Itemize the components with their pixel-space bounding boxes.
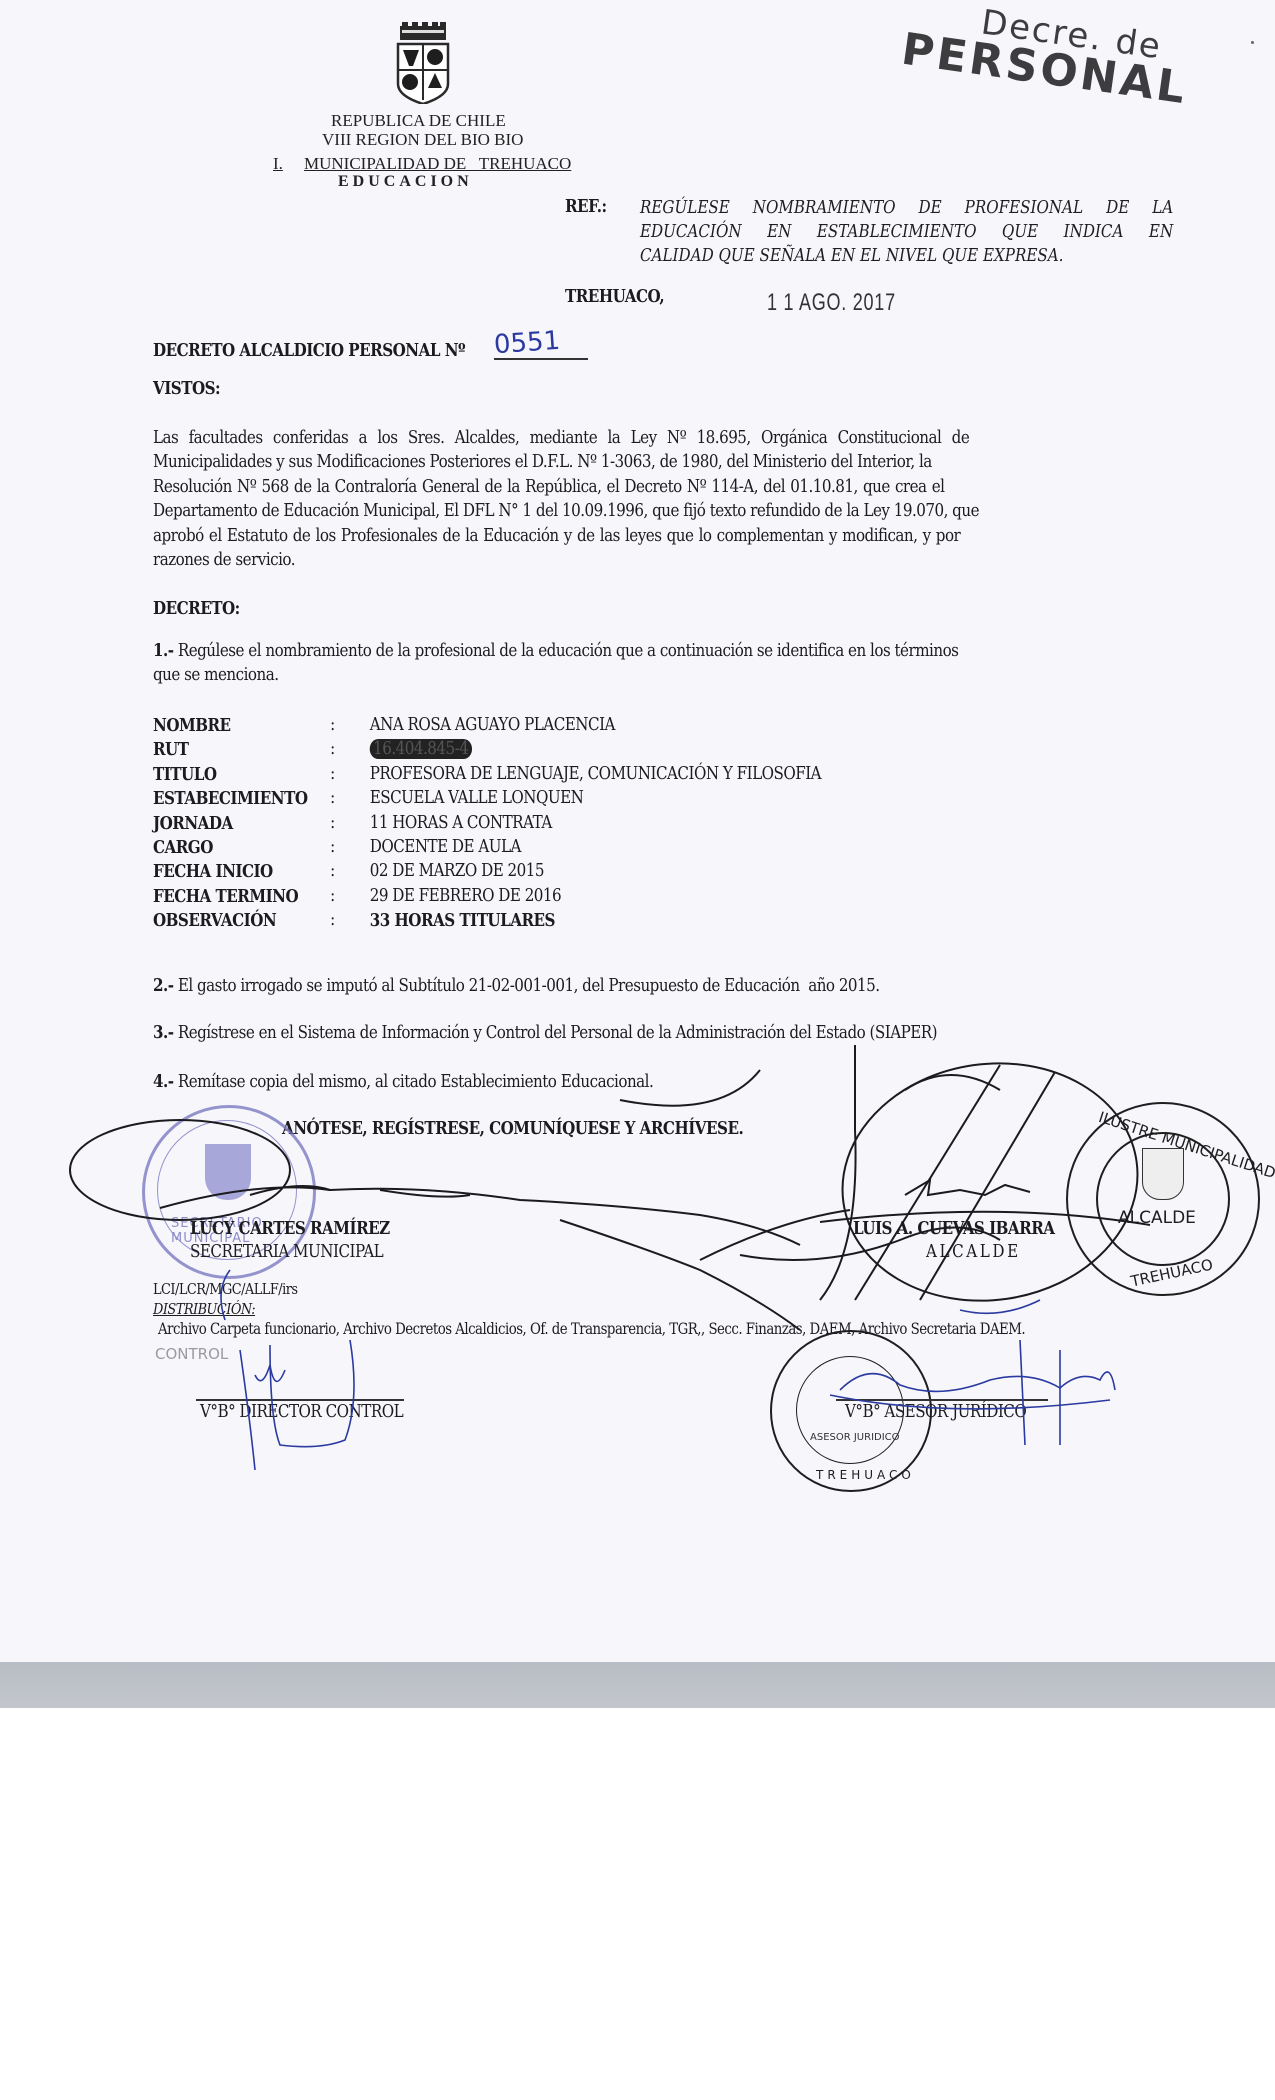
decreto-item-3: 3.- Regístrese en el Sistema de Informac… (153, 1022, 937, 1043)
detail-colon: : (330, 861, 335, 881)
detail-value: 33 HORAS TITULARES (370, 910, 555, 931)
item-number: 2.- (153, 975, 174, 996)
detail-label: FECHA TERMINO (153, 886, 298, 907)
ref-line-2: EDUCACIÓN EN ESTABLECIMIENTO QUE INDICA … (640, 220, 1173, 244)
detail-value: ESCUELA VALLE LONQUEN (370, 788, 584, 808)
item-text: Remítase copia del mismo, al citado Esta… (174, 1072, 654, 1092)
detail-value: DOCENTE DE AULA (370, 837, 521, 857)
closing-formula: ANÓTESE, REGÍSTRESE, COMUNÍQUESE Y ARCHÍ… (282, 1118, 743, 1139)
distribution-list: Archivo Carpeta funcionario, Archivo Dec… (158, 1320, 1025, 1338)
detail-colon: : (330, 715, 335, 735)
ref-line-1: REGÚLESE NOMBRAMIENTO DE PROFESIONAL DE … (640, 196, 1173, 220)
header-department: EDUCACION (338, 173, 473, 191)
speck (1251, 41, 1254, 44)
header-municipality: MUNICIPALIDAD DE TREHUACO (304, 154, 571, 174)
detail-value: 16.404.845-4 (370, 739, 472, 759)
header-country: REPUBLICA DE CHILE (331, 111, 506, 131)
legal-approval: V°B° ASESOR JURÍDICO (845, 1402, 1026, 1422)
decree-number: 0551 (493, 326, 561, 361)
detail-label: TITULO (153, 764, 217, 785)
ref-label: REF.: (565, 196, 607, 217)
detail-colon: : (330, 788, 335, 808)
coat-of-arms-icon (392, 22, 454, 104)
legal-signature-line (836, 1399, 1048, 1401)
document-page: REPUBLICA DE CHILE VIII REGION DEL BIO B… (0, 0, 1275, 1662)
mayor-name: LUIS A. CUEVAS IBARRA (853, 1218, 1054, 1239)
detail-label: NOMBRE (153, 715, 231, 736)
secretary-title: SECRETARIA MUNICIPAL (190, 1242, 383, 1262)
mayor-title: ALCALDE (926, 1242, 1021, 1262)
detail-label: RUT (153, 739, 188, 760)
detail-value: 02 DE MARZO DE 2015 (370, 861, 544, 881)
detail-colon: : (330, 764, 335, 784)
decree-title: DECRETO ALCALDICIO PERSONAL Nº (153, 340, 465, 361)
detail-label: ESTABECIMIENTO (153, 788, 307, 809)
vistos-line: Las facultades conferidas a los Sres. Al… (153, 426, 1185, 450)
decree-number-underline (494, 358, 588, 360)
item1-line1: Regúlese el nombramiento de la profesion… (174, 641, 959, 661)
control-stamp-text: CONTROL (155, 1345, 228, 1363)
vistos-body: Las facultades conferidas a los Sres. Al… (153, 426, 1185, 572)
detail-value: 29 DE FEBRERO DE 2016 (370, 886, 561, 906)
detail-label: FECHA INICIO (153, 861, 273, 882)
detail-colon: : (330, 837, 335, 857)
mayor-stamp: ALCALDE TREHUACO ILUSTRE MUNICIPALIDAD (1066, 1102, 1260, 1296)
detail-colon: : (330, 910, 335, 930)
stamp-decre-personal: Decre. de PERSONAL (899, 0, 1195, 107)
decreto-heading: DECRETO: (153, 598, 240, 619)
decreto-item-1: 1.- Regúlese el nombramiento de la profe… (153, 639, 958, 687)
ref-line-3: CALIDAD QUE SEÑALA EN EL NIVEL QUE EXPRE… (640, 244, 1173, 268)
vistos-line: razones de servicio. (153, 548, 1185, 572)
legal-stamp-center: ASESOR JURIDICO (810, 1432, 900, 1443)
secretary-name: LUCY CARTES RAMÍREZ (190, 1218, 390, 1239)
distribution-heading: DISTRIBUCIÓN: (153, 1300, 255, 1318)
decreto-item-4: 4.- Remítase copia del mismo, al citado … (153, 1071, 653, 1092)
decreto-item-2: 2.- El gasto irrogado se imputó al Subtí… (153, 975, 880, 996)
detail-value: 11 HORAS A CONTRATA (370, 813, 552, 833)
detail-colon: : (330, 739, 335, 759)
date-stamp: 1 1 AGO. 2017 (767, 289, 896, 317)
detail-label: JORNADA (153, 813, 233, 834)
scan-page-edge (0, 1662, 1275, 1708)
detail-value: ANA ROSA AGUAYO PLACENCIA (370, 715, 615, 735)
detail-colon: : (330, 886, 335, 906)
place: TREHUACO, (565, 286, 664, 307)
vistos-heading: VISTOS: (153, 378, 220, 399)
control-approval: V°B° DIRECTOR CONTROL (200, 1402, 403, 1422)
item-number: 3.- (153, 1022, 174, 1043)
header-region: VIII REGION DEL BIO BIO (322, 130, 523, 150)
detail-value: PROFESORA DE LENGUAJE, COMUNICACIÓN Y FI… (370, 764, 821, 784)
vistos-line: aprobó el Estatuto de los Profesionales … (153, 524, 1185, 548)
initials: LCI/LCR/MGC/ALLF/irs (153, 1280, 297, 1298)
vistos-line: Resolución Nº 568 de la Contraloría Gene… (153, 475, 1185, 499)
legal-stamp-bottom: TREHUACO (816, 1468, 915, 1482)
item-text: Regístrese en el Sistema de Información … (174, 1023, 938, 1043)
vistos-line: Municipalidades y sus Modificaciones Pos… (153, 450, 1185, 474)
item1-line2: que se menciona. (153, 665, 279, 685)
detail-label: OBSERVACIÓN (153, 910, 276, 931)
item-text: El gasto irrogado se imputó al Subtítulo… (174, 976, 880, 996)
item-number: 1.- (153, 640, 174, 661)
header-prefix: I. (273, 154, 283, 174)
detail-label: CARGO (153, 837, 213, 858)
control-signature-line (196, 1399, 404, 1401)
item-number: 4.- (153, 1071, 174, 1092)
ref-text: REGÚLESE NOMBRAMIENTO DE PROFESIONAL DE … (640, 196, 1173, 268)
vistos-line: Departamento de Educación Municipal, El … (153, 499, 1185, 523)
mayor-stamp-center: ALCALDE (1118, 1208, 1196, 1228)
detail-colon: : (330, 813, 335, 833)
